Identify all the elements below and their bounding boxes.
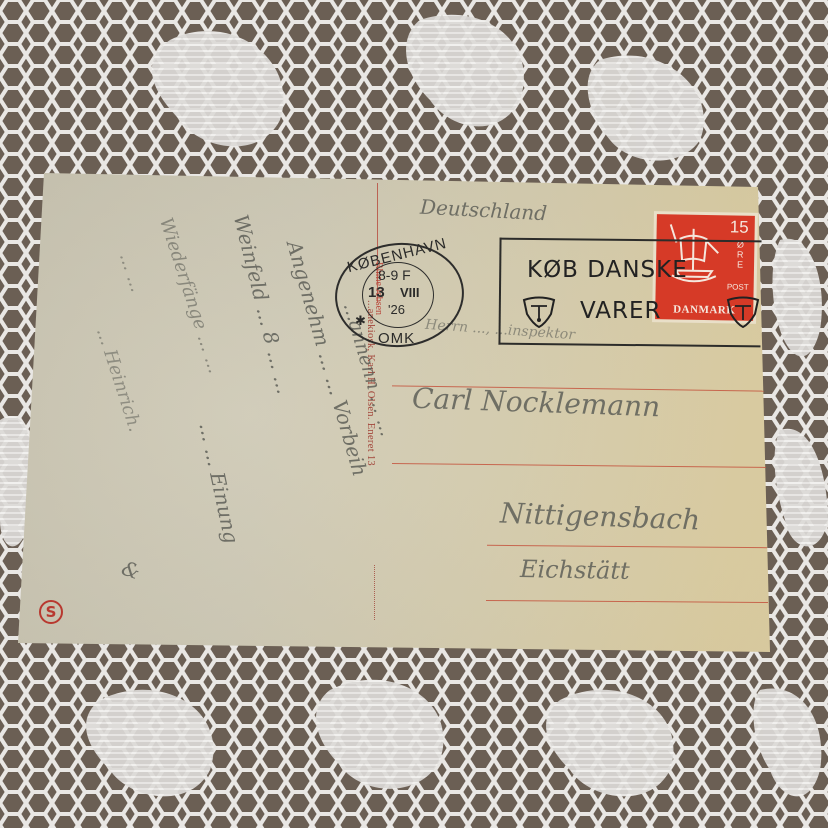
slogan-line-1: KØB DANSKE (527, 257, 688, 283)
imprint-dotted-line (374, 565, 376, 620)
star-icon: ✱ (355, 313, 366, 329)
publisher-logo-icon: S (39, 600, 63, 624)
slogan-line-2: VARER (580, 298, 662, 324)
postmark-day: 13 (368, 284, 385, 301)
shield-emblem-icon-right (725, 296, 761, 328)
handwritten-address-city: Nittigensbach (499, 497, 700, 537)
handwritten-address-region: Eichstätt (520, 555, 630, 585)
shield-emblem-icon (521, 296, 557, 328)
postcard: Rhine Jebsen ...anekiosk, Karl H. Olsen.… (0, 0, 828, 828)
postmark-month: VIII (400, 285, 420, 300)
postmark-time: 8-9 F (378, 267, 411, 283)
postmark-office: OMK (378, 330, 415, 347)
postmark-year: '26 (388, 302, 405, 317)
slogan-cancel-frame (498, 238, 761, 348)
stamp-value: 15 (730, 217, 749, 237)
